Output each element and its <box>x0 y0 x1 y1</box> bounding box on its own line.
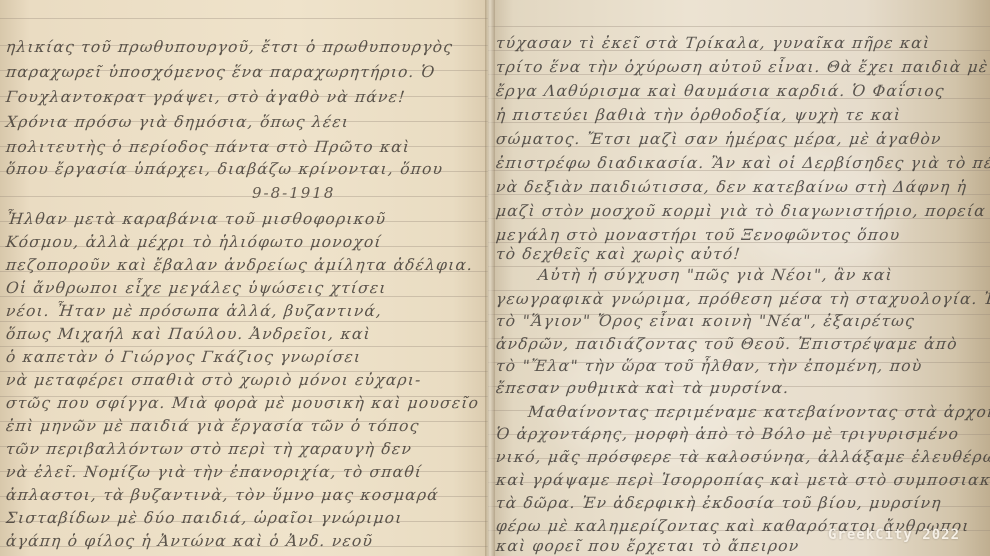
handwriting-line: στῶς που σφίγγα. Μιὰ φορὰ μὲ μουσικὴ καὶ… <box>5 394 480 412</box>
handwriting-line: γεωγραφικὰ γνώριμα, πρόθεση μέσα τὴ σταχ… <box>495 290 990 308</box>
handwriting-line: Αὐτὴ ἡ σύγχυση "πῶς γιὰ Νέοι", ἂν καὶ <box>537 266 894 284</box>
handwriting-line: Χρόνια πρόσω γιὰ δημόσια, ὅπως λέει <box>5 113 350 131</box>
handwriting-line: τὸ "Ἔλα" τὴν ὥρα τοῦ ἦλθαν, τὴν ἐπομένη,… <box>495 357 923 375</box>
entry-date: 9-8-1918 <box>252 184 335 202</box>
handwriting-line: τὸ δεχθεῖς καὶ χωρὶς αὐτό! <box>495 245 742 263</box>
handwriting-line: ἀνδρῶν, παιδιάζοντας τοῦ Θεοῦ. Ἐπιστρέψα… <box>495 335 959 353</box>
right-page: τύχασαν τὶ ἐκεῖ στὰ Τρίκαλα, γυναῖκα πῆρ… <box>488 0 990 556</box>
handwriting-line: τὰ δῶρα. Ἐν ἀδερφικὴ ἐκδοσία τοῦ βίου, μ… <box>495 494 943 512</box>
notebook-gutter <box>485 0 495 556</box>
handwriting-line: τύχασαν τὶ ἐκεῖ στὰ Τρίκαλα, γυναῖκα πῆρ… <box>495 34 931 52</box>
handwriting-line: ὅπου ἔργασία ὑπάρχει, διαβάζω κρίνονται,… <box>5 160 444 178</box>
handwriting-line: Μαθαίνοντας περιμέναμε κατεβαίνοντας στὰ… <box>527 403 990 421</box>
handwriting-line: ηλικίας τοῦ πρωθυπουργοῦ, ἔτσι ὁ πρωθυπο… <box>5 38 454 56</box>
handwriting-line: ἀπλαστοι, τὰ βυζαντινὰ, τὸν ὕμνο μας κοσ… <box>5 486 440 504</box>
handwriting-line: ἀγάπη ὁ φίλος ἡ Ἀντώνα καὶ ὁ Ἀνδ. νεοῦ <box>5 532 374 550</box>
handwriting-line: Γουχλαντοκρατ γράψει, στὸ ἀγαθὸ νὰ πάνε! <box>5 88 407 106</box>
handwriting-line: ἔργα Λαθύρισμα καὶ θαυμάσια καρδιά. Ὁ Φα… <box>495 82 946 100</box>
handwriting-line: μαζὶ στὸν μοσχοῦ κορμὶ γιὰ τὸ διαγωνιστή… <box>495 202 987 220</box>
handwriting-line: Σισταβίδων μὲ δύο παιδιά, ὡραῖοι γνώριμο… <box>5 509 404 527</box>
handwriting-line: Οἱ ἄνθρωποι εἶχε μεγάλες ὑψώσεις χτίσει <box>5 279 388 297</box>
handwriting-line: Ἦλθαν μετὰ καραβάνια τοῦ μισθοφορικοῦ <box>5 210 387 228</box>
handwriting-line: πεζοποροῦν καὶ ἔβαλαν ἀνδρείως ἀμίλητα ἀ… <box>5 256 474 274</box>
left-page: ηλικίας τοῦ πρωθυπουργοῦ, ἔτσι ὁ πρωθυπο… <box>0 0 492 556</box>
handwriting-line: Ὁ ἀρχοντάρης, μορφὴ ἀπὸ τὸ Βόλο μὲ τριγυ… <box>495 425 960 443</box>
handwriting-line: τρίτο ἕνα τὴν ὀχύρωση αὐτοῦ εἶναι. Θὰ ἔχ… <box>495 58 989 76</box>
handwriting-line: ὁ καπετὰν ὁ Γιώργος Γκάζιος γνωρίσει <box>5 348 362 366</box>
handwriting-line: μεγάλη στὸ μοναστήρι τοῦ Ξενοφῶντος ὅπου <box>495 226 901 244</box>
notebook-spread: ηλικίας τοῦ πρωθυπουργοῦ, ἔτσι ὁ πρωθυπο… <box>0 0 990 556</box>
handwriting-line: ἡ πιστεύει βαθιὰ τὴν ὀρθοδοξία, ψυχὴ τε … <box>495 106 902 124</box>
handwriting-line: νὰ δεξιὰν παιδιώτισσα, δεν κατεβαίνω στὴ… <box>495 178 968 196</box>
handwriting-line: τῶν περιβαλλόντων στὸ περὶ τὴ χαραυγὴ δε… <box>5 440 413 458</box>
handwriting-line: τὸ "Ἅγιον" Ὄρος εἶναι κοινὴ "Νέα", ἐξαιρ… <box>495 312 916 330</box>
handwriting-line: ἔπεσαν ρυθμικὰ καὶ τὰ μυρσίνα. <box>495 379 790 397</box>
handwriting-line: καὶ φορεῖ που ἔρχεται τὸ ἄπειρον <box>495 537 800 555</box>
handwriting-line: πολιτευτὴς ὁ περίοδος πάντα στὸ Πρῶτο κα… <box>5 138 411 156</box>
handwriting-line: ὅπως Μιχαήλ καὶ Παύλου. Ἀνδρεῖοι, καὶ <box>5 325 372 343</box>
handwriting-line: νὰ ἐλεῖ. Νομίζω γιὰ τὴν ἐπανοριχία, τὸ σ… <box>5 463 423 481</box>
watermark: GreekCity 2022 <box>828 527 960 543</box>
handwriting-line: νικό, μᾶς πρόσφερε τὰ καλοσύνηα, ἀλλάξαμ… <box>495 448 990 466</box>
handwriting-line: σώματος. Ἔτσι μαζὶ σαν ἡμέρας μέρα, μὲ ἀ… <box>495 130 943 148</box>
handwriting-line: ἐπιστρέφω διαδικασία. Ἂν καὶ οἱ Δερβίσηδ… <box>495 154 990 172</box>
handwriting-line: ἐπὶ μηνῶν μὲ παιδιά γιὰ ἔργασία τῶν ὁ τό… <box>5 417 421 435</box>
handwriting-line: νὰ μεταφέρει σπαθιὰ στὸ χωριὸ μόνοι εὐχα… <box>5 371 422 389</box>
handwriting-line: νέοι. Ἦταν μὲ πρόσωπα ἀλλά, βυζαντινά, <box>5 302 383 320</box>
handwriting-line: Κόσμου, ἀλλὰ μέχρι τὸ ἡλιόφωτο μονοχοί <box>5 233 383 251</box>
handwriting-line: καὶ γράψαμε περὶ Ἰσορροπίας καὶ μετὰ στὸ… <box>495 471 990 489</box>
handwriting-line: παραχωρεῖ ὑποσχόμενος ἕνα παραχωρητήριο.… <box>5 63 436 81</box>
